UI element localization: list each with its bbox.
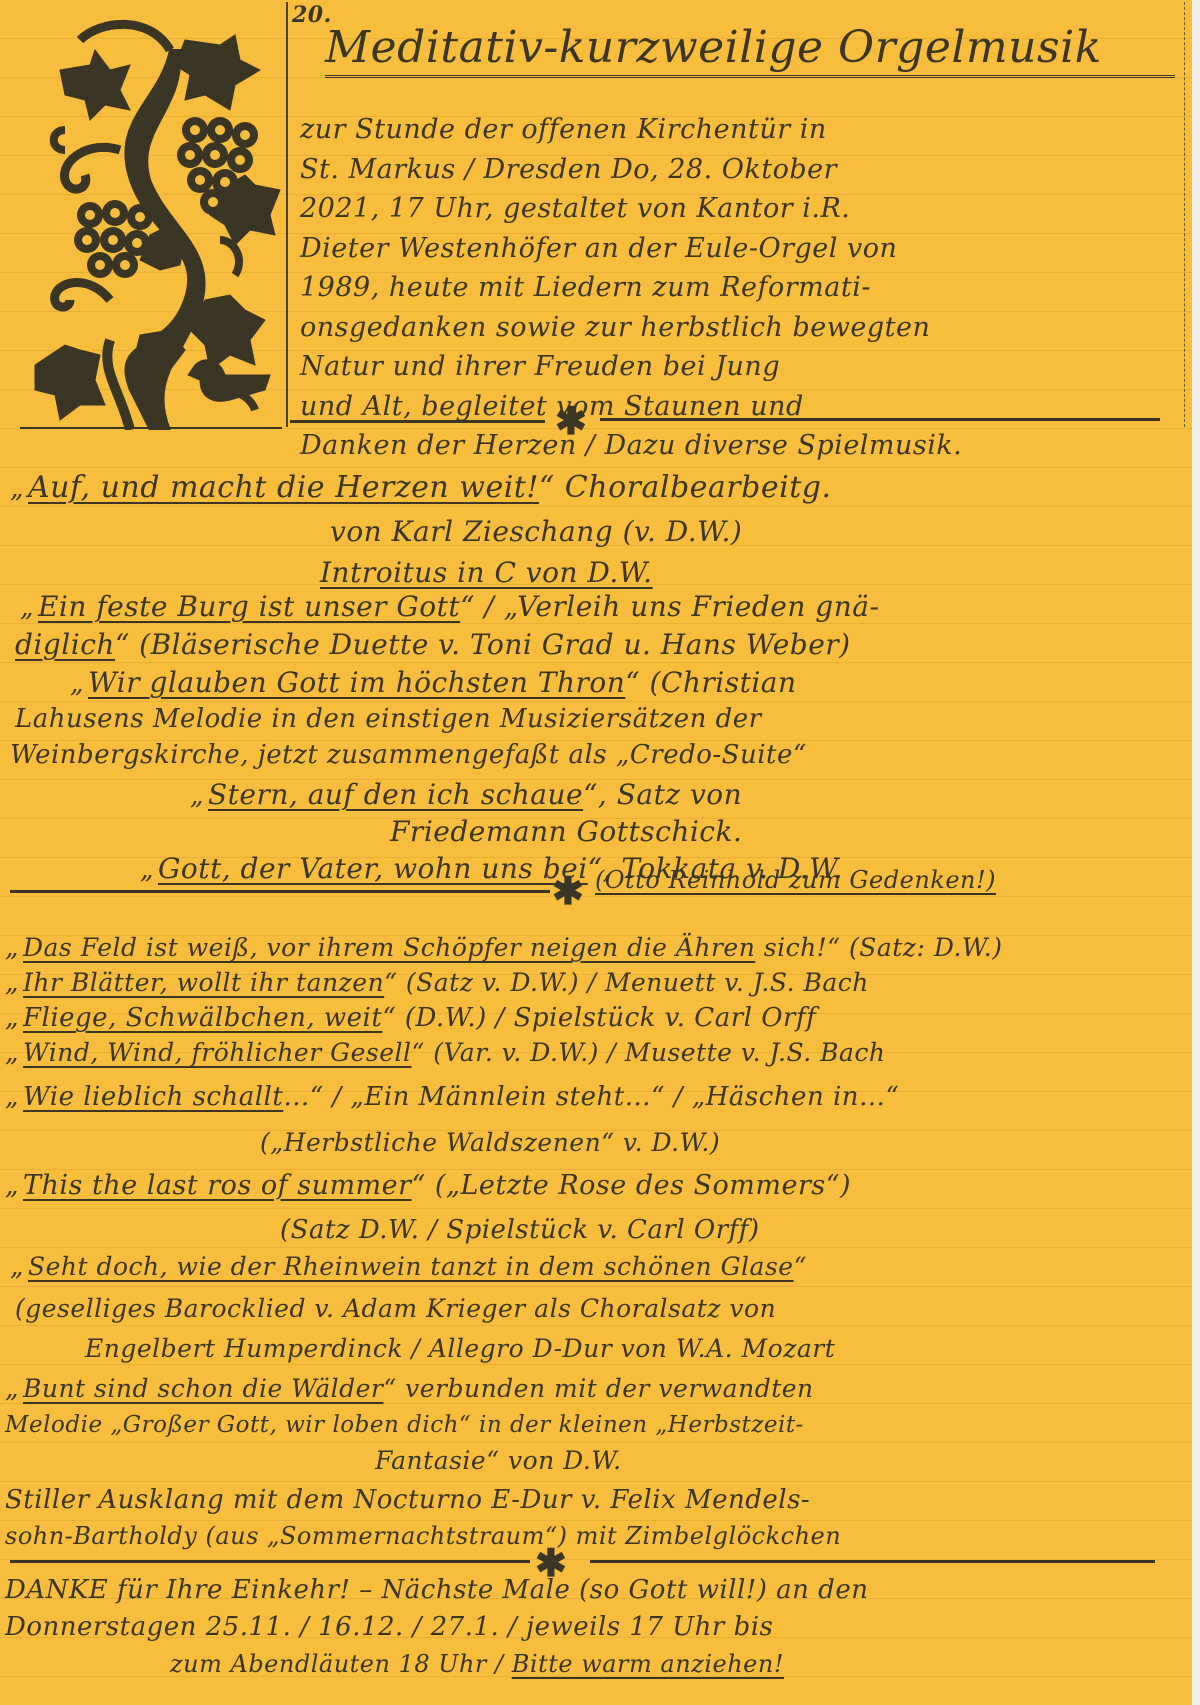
program-item: „Ein feste Burg ist unser Gott“ / „Verle… [20, 590, 879, 623]
program-item: Melodie „Großer Gott, wir loben dich“ in… [5, 1412, 804, 1438]
program-item: („Herbstliche Waldszenen“ v. D.W.) [260, 1128, 720, 1157]
program-item: (Satz D.W. / Spielstück v. Carl Orff) [280, 1215, 760, 1245]
piece-title: Das Feld ist weiß, vor ihrem Schöpfer ne… [23, 933, 755, 962]
intro-line: zur Stunde der offenen Kirchentür in [300, 110, 1180, 150]
divider-line [600, 418, 1160, 421]
piece-title: Gott, der Vater, wohn uns bei [158, 852, 588, 885]
program-item: „Ihr Blätter, wollt ihr tanzen“ (Satz v.… [5, 968, 869, 998]
piece-title: Auf, und macht die Herzen weit! [28, 470, 539, 505]
intro-line: Natur und ihrer Freuden bei Jung [300, 347, 1180, 387]
program-item: „Wie lieblich schallt…“ / „Ein Männlein … [5, 1082, 899, 1112]
piece-title: Fliege, Schwälbchen, weit [23, 1003, 382, 1033]
program-item: „Wir glauben Gott im höchsten Thron“ (Ch… [70, 666, 797, 699]
intro-line: Danken der Herzen / Dazu diverse Spielmu… [300, 426, 1180, 466]
piece-title: Ein feste Burg ist unser Gott [38, 590, 460, 623]
piece-title: Wind, Wind, fröhlicher Gesell [23, 1038, 412, 1067]
star-separator-icon: ✱ [555, 398, 587, 443]
piece-title: Wie lieblich schallt [23, 1082, 283, 1112]
piece-title: Seht doch, wie der Rheinwein tanzt in de… [28, 1252, 794, 1281]
page-title: Meditativ-kurzweilige Orgelmusik [325, 22, 1175, 78]
star-separator-icon: ✱ [552, 868, 584, 913]
piece-title: Wir glauben Gott im höchsten Thron [88, 666, 625, 699]
intro-line: St. Markus / Dresden Do, 28. Oktober [300, 150, 1180, 190]
program-item: Introitus in C von D.W. [320, 556, 653, 589]
program-item: (geselliges Barocklied v. Adam Krieger a… [15, 1294, 776, 1323]
program-item: sohn-Bartholdy (aus „Sommernachtstraum“)… [5, 1522, 841, 1550]
intro-line: 1989, heute mit Liedern zum Reformati- [300, 268, 1180, 308]
program-item: „Wind, Wind, fröhlicher Gesell“ (Var. v.… [5, 1038, 886, 1068]
program-item: diglich“ (Bläserische Duette v. Toni Gra… [15, 628, 851, 661]
divider-line [10, 890, 550, 893]
piece-title: Stern, auf den ich schaue [208, 778, 583, 811]
grapevine-illustration [20, 10, 282, 430]
intro-paragraph: zur Stunde der offenen Kirchentür in St.… [300, 110, 1180, 466]
intro-line: onsgedanken sowie zur herbstlich bewegte… [300, 308, 1180, 348]
program-item: von Karl Zieschang (v. D.W.) [330, 515, 742, 548]
program-item: „This the last ros of summer“ („Letzte R… [5, 1170, 851, 1201]
piece-title: Bunt sind schon die Wälder [23, 1374, 383, 1403]
piece-title: Introitus in C von D.W. [320, 556, 653, 589]
program-item: „Stern, auf den ich schaue“, Satz von [190, 778, 742, 811]
grapevine-woodcut-icon [20, 10, 282, 430]
closing-line: Donnerstagen 25.11. / 16.12. / 27.1. / j… [5, 1612, 773, 1642]
divider-line [590, 1560, 1155, 1563]
piece-title: Ihr Blätter, wollt ihr tanzen [23, 968, 384, 997]
intro-line: Dieter Westenhöfer an der Eule-Orgel von [300, 229, 1180, 269]
piece-title: diglich [15, 628, 115, 661]
program-item: „Fliege, Schwälbchen, weit“ (D.W.) / Spi… [5, 1003, 816, 1033]
program-item: „Seht doch, wie der Rheinwein tanzt in d… [10, 1252, 807, 1282]
intro-line: 2021, 17 Uhr, gestaltet von Kantor i.R. [300, 189, 1180, 229]
warm-clothing-note: Bitte warm anziehen! [512, 1650, 784, 1678]
program-item: Weinbergskirche, jetzt zusammengefaßt al… [10, 740, 807, 770]
closing-line: zum Abendläuten 18 Uhr / Bitte warm anzi… [170, 1650, 784, 1678]
divider-line [290, 420, 545, 423]
program-item: Fantasie“ von D.W. [375, 1446, 622, 1475]
scan-edge [1192, 0, 1200, 1705]
closing-line: DANKE für Ihre Einkehr! – Nächste Male (… [5, 1575, 868, 1605]
program-item: „Auf, und macht die Herzen weit!“ Choral… [10, 470, 832, 505]
program-item: Friedemann Gottschick. [390, 815, 742, 848]
program-item: Engelbert Humperdinck / Allegro D-Dur vo… [85, 1334, 835, 1363]
program-item: „Bunt sind schon die Wälder“ verbunden m… [5, 1374, 814, 1404]
divider-line [10, 1560, 530, 1563]
dedication-note: (Otto Reinhold zum Gedenken!) [595, 866, 996, 894]
piece-title: This the last ros of summer [23, 1170, 412, 1201]
program-item: „Das Feld ist weiß, vor ihrem Schöpfer n… [5, 933, 1002, 963]
program-item: Lahusens Melodie in den einstigen Musizi… [15, 704, 762, 734]
flyer-page: 20. Meditativ-kurzweilige Orgelmusik zur… [0, 0, 1192, 1705]
program-item: Stiller Ausklang mit dem Nocturno E-Dur … [5, 1485, 810, 1515]
